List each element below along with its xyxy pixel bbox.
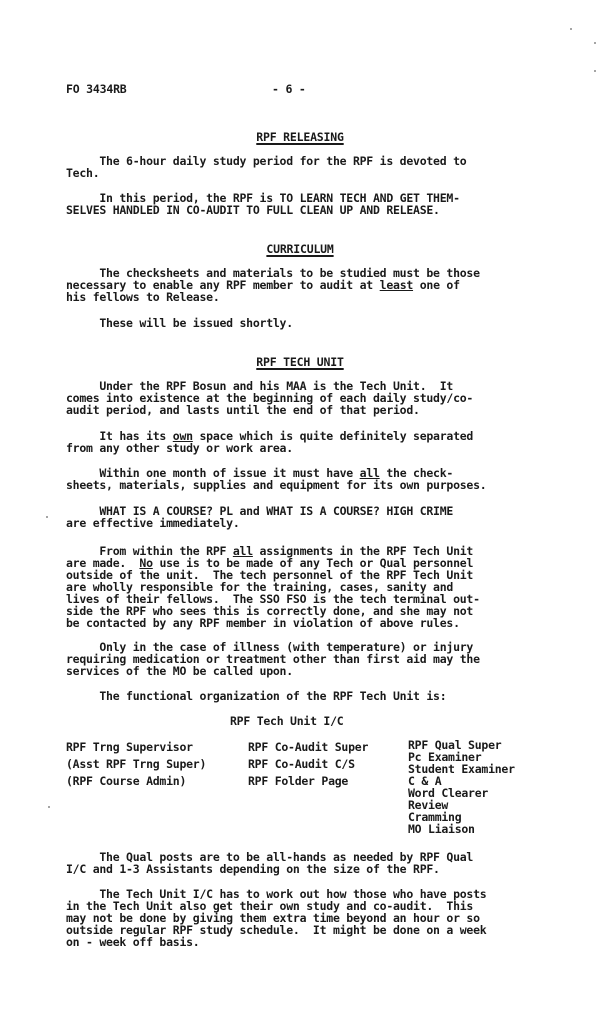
org-head-label: RPF Tech Unit I/C <box>230 714 343 728</box>
scan-speck <box>48 806 50 808</box>
paragraph: In this period, the RPF is TO LEARN TECH… <box>66 192 536 216</box>
section-title-text: CURRICULUM <box>266 242 333 256</box>
section-title-tech-unit: RPF TECH UNIT <box>0 355 600 369</box>
paragraph: WHAT IS A COURSE? PL and WHAT IS A COURS… <box>66 505 536 529</box>
paragraph: The Tech Unit I/C has to work out how th… <box>66 888 536 948</box>
section-title-text: RPF TECH UNIT <box>256 355 343 369</box>
document-page: FO 3434RB - 6 - RPF RELEASING The 6-hour… <box>0 0 600 1012</box>
page-number: - 6 - <box>272 82 306 96</box>
text-run: one of <box>413 278 460 292</box>
section-title-releasing: RPF RELEASING <box>0 130 600 144</box>
paragraph: The Qual posts are to be all-hands as ne… <box>66 851 536 875</box>
paragraph: The checksheets and materials to be stud… <box>66 267 536 303</box>
text-line: The 6-hour daily study period for the RP… <box>66 155 536 167</box>
scan-speck <box>570 28 572 30</box>
section-title-text: RPF RELEASING <box>256 130 343 144</box>
paragraph: Under the RPF Bosun and his MAA is the T… <box>66 380 536 416</box>
text-line: from any other study or work area. <box>66 442 536 454</box>
org-item: MO Liaison <box>408 823 515 835</box>
org-item: RPF Co-Audit Super <box>248 739 368 756</box>
org-item: (RPF Course Admin) <box>66 773 206 790</box>
org-column-co-audit: RPF Co-Audit Super RPF Co-Audit C/S RPF … <box>248 739 368 790</box>
org-item: (Asst RPF Trng Super) <box>66 756 206 773</box>
document-id: FO 3434RB <box>66 82 127 96</box>
text-line: audit period, and lasts until the end of… <box>66 404 536 416</box>
paragraph: Only in the case of illness (with temper… <box>66 641 536 677</box>
text-line: Tech. <box>66 167 536 179</box>
org-item: RPF Co-Audit C/S <box>248 756 368 773</box>
text-line: sheets, materials, supplies and equipmen… <box>66 479 536 491</box>
paragraph: From within the RPF all assignments in t… <box>66 545 536 629</box>
org-item: RPF Folder Page <box>248 773 368 790</box>
paragraph: It has its own space which is quite defi… <box>66 430 536 454</box>
text-line: SELVES HANDLED IN CO-AUDIT TO FULL CLEAN… <box>66 204 536 216</box>
scan-speck <box>594 42 596 44</box>
text-line: I/C and 1-3 Assistants depending on the … <box>66 863 536 875</box>
org-column-qual: RPF Qual Super Pc Examiner Student Exami… <box>408 739 515 835</box>
scan-speck <box>594 70 596 72</box>
text-line: are effective immediately. <box>66 517 536 529</box>
paragraph: These will be issued shortly. <box>66 317 536 329</box>
text-line: be contacted by any RPF member in violat… <box>66 617 536 629</box>
text-line: These will be issued shortly. <box>66 317 536 329</box>
paragraph: The 6-hour daily study period for the RP… <box>66 155 536 179</box>
org-chart-head: RPF Tech Unit I/C <box>230 714 343 728</box>
text-line: on - week off basis. <box>66 936 536 948</box>
emphasis-least: least <box>380 278 413 292</box>
org-column-training: RPF Trng Supervisor (Asst RPF Trng Super… <box>66 739 206 790</box>
text-line: his fellows to Release. <box>66 291 536 303</box>
paragraph: Within one month of issue it must have a… <box>66 467 536 491</box>
org-item: RPF Trng Supervisor <box>66 739 206 756</box>
text-line: services of the MO be called upon. <box>66 665 536 677</box>
section-title-curriculum: CURRICULUM <box>0 242 600 256</box>
scan-speck <box>46 516 48 518</box>
paragraph: The functional organization of the RPF T… <box>66 690 536 702</box>
text-line: The functional organization of the RPF T… <box>66 690 536 702</box>
